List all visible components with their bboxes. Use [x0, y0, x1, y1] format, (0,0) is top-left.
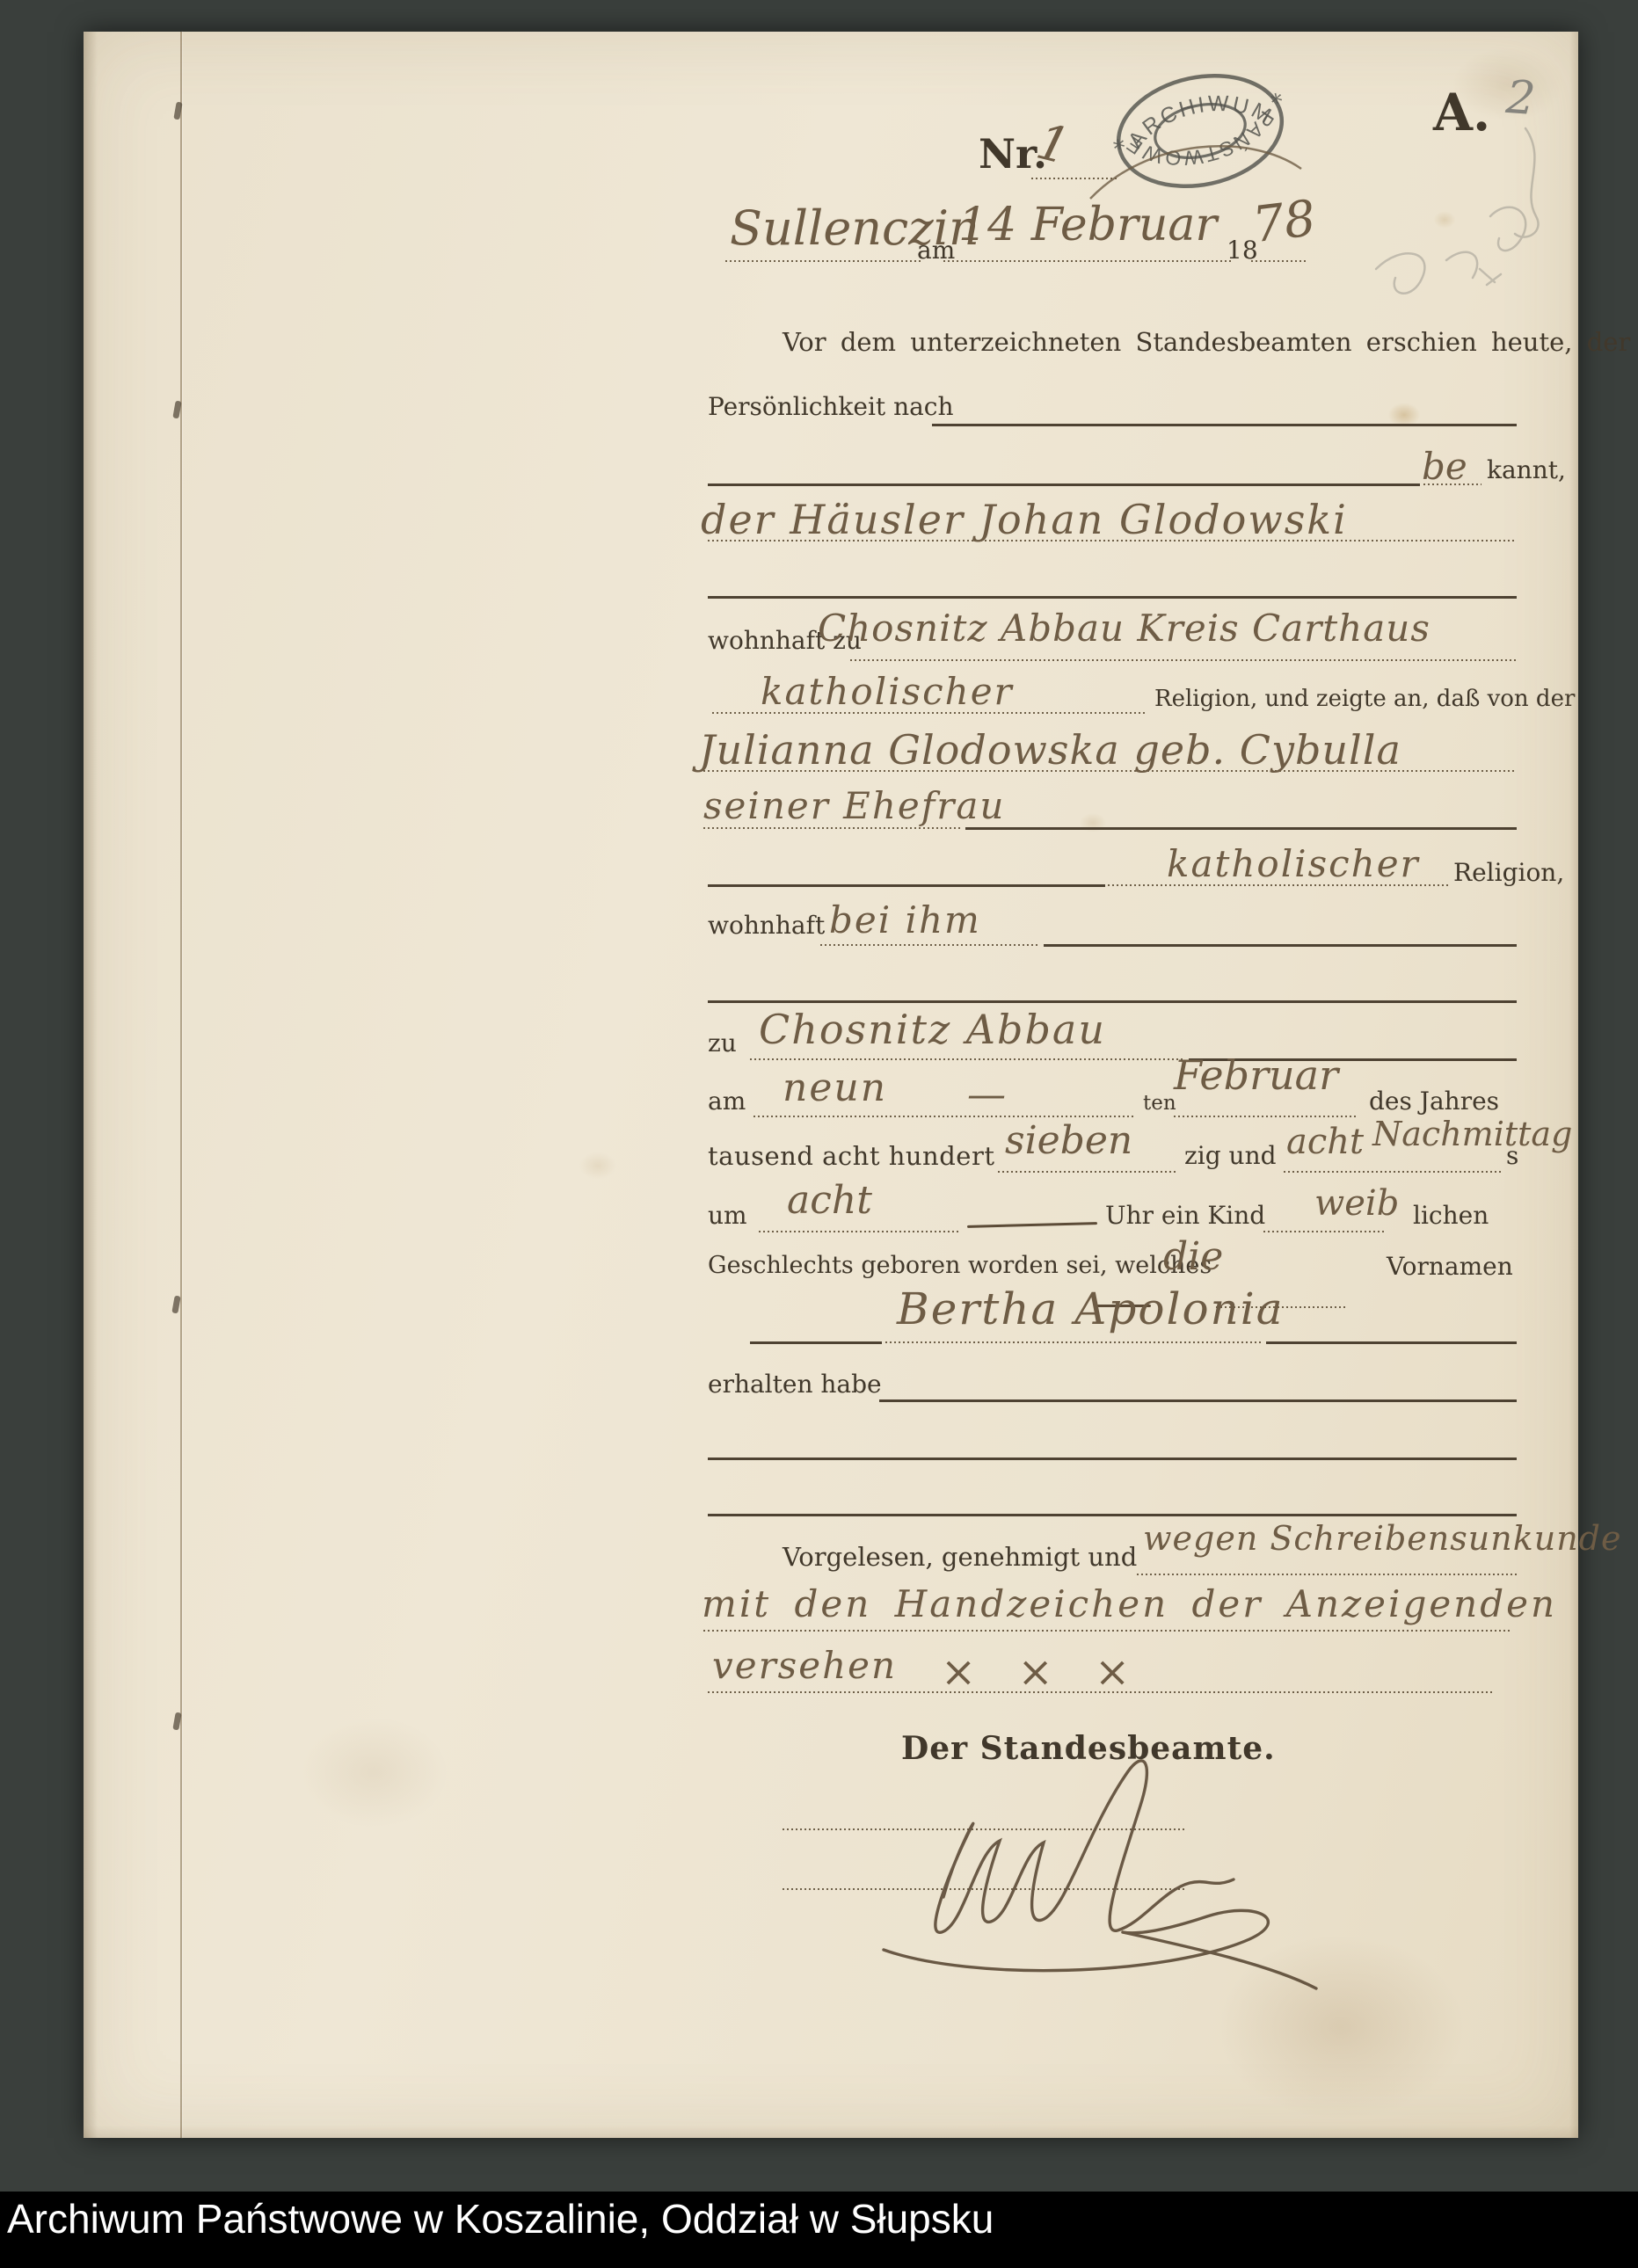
birthplace-entry: Chosnitz Abbau [759, 1006, 1106, 1053]
closing-print: Vorgelesen, genehmigt und [783, 1542, 1137, 1572]
residence2-label: wohnhaft [708, 911, 825, 940]
yeardigit-line-dots [1284, 1171, 1502, 1173]
residence-line [850, 659, 1517, 661]
relation-line-solid [965, 827, 1517, 830]
day-line-dots [753, 1116, 1136, 1117]
residence2-line-solid [1044, 944, 1517, 947]
mother-relation-entry: seiner Ehefrau [703, 784, 1005, 827]
childname-line-left [750, 1341, 882, 1344]
relation-line-dots [703, 827, 963, 829]
gender-suffix: lichen [1413, 1201, 1489, 1230]
residence2-entry: bei ihm [829, 898, 981, 941]
archive-footer-bar: Archiwum Państwowe w Koszalinie, Oddział… [0, 2192, 1638, 2268]
ten-suffix: ten [1143, 1092, 1176, 1115]
religion2-print: Religion, [1453, 858, 1564, 887]
closing-line-3 [708, 1691, 1495, 1693]
gender-entry: weib [1314, 1183, 1399, 1224]
known-hand: be [1422, 445, 1467, 488]
declarant-entry: der Häusler Johan Glodowski [701, 496, 1348, 543]
record-number-value: 1 [1031, 113, 1075, 177]
residence-entry: Chosnitz Abbau Kreis Carthaus [818, 607, 1431, 650]
closing-line-1 [1137, 1574, 1517, 1575]
month-line-dots [1174, 1116, 1358, 1117]
declarant-line [708, 540, 1517, 542]
religion1-print: Religion, und zeigte an, daß von der [1154, 686, 1575, 712]
religion1-entry: katholischer [761, 670, 1014, 713]
identity-label: Persönlichkeit nach [708, 392, 954, 421]
gender-line-dots [1263, 1231, 1387, 1232]
document-paper: Nr. 1 ARCHIWUM PAŃSTWOWE * * A. 2 [84, 32, 1578, 2138]
registrar-signature [831, 1746, 1358, 2018]
hour-line-dots [759, 1231, 961, 1232]
religion2-entry: katholischer [1167, 842, 1420, 885]
daytime-entry: Nachmittag [1372, 1115, 1572, 1153]
time-label: um [708, 1201, 747, 1230]
form-intro: Vor dem unterzeichneten Standesbeamten e… [783, 327, 1630, 357]
date-line [943, 260, 1234, 262]
closing-line-2 [703, 1630, 1512, 1632]
residence2-line-dots [820, 944, 1040, 946]
day-dash: — [967, 1072, 1006, 1117]
decade-line-dots [998, 1171, 1178, 1173]
received-line [879, 1399, 1517, 1402]
year-digit-entry: acht [1286, 1122, 1364, 1162]
year-label: des Jahres [1369, 1087, 1499, 1116]
birthplace-line-dots [750, 1058, 1185, 1060]
religion2-line-solid [708, 884, 1105, 887]
blank-line-1 [708, 596, 1517, 599]
zig-und-label: zig und [1184, 1141, 1277, 1170]
closing-hand-2: mit den Handzeichen der Anzeigenden [702, 1582, 1557, 1625]
closing-hand-1: wegen Schreibensunkunde [1143, 1519, 1622, 1558]
binding-crease [180, 32, 182, 2138]
child-name-entry: Bertha Apolonia [897, 1283, 1285, 1334]
blank-line-4 [708, 1514, 1517, 1516]
received-label: erhalten habe [708, 1370, 882, 1399]
hour-entry: acht [787, 1178, 872, 1223]
firstname-label: Vornamen [1387, 1252, 1513, 1281]
place-line [725, 260, 923, 262]
pen-flourish [1086, 144, 1314, 206]
article-entry: die [1163, 1234, 1223, 1279]
scanned-registry-page: Nr. 1 ARCHIWUM PAŃSTWOWE * * A. 2 [0, 0, 1638, 2268]
childname-line-right [1266, 1341, 1517, 1344]
known-print: kannt, [1487, 455, 1566, 484]
thousand-label: tausend acht hundert [708, 1141, 994, 1171]
clock-label: Uhr ein Kind [1105, 1201, 1265, 1230]
childname-line-dots [885, 1341, 1263, 1343]
mother-entry: Julianna Glodowska geb. Cybulla [699, 726, 1401, 774]
blank-line-2 [708, 1000, 1517, 1003]
archive-footer-text: Archiwum Państwowe w Koszalinie, Oddział… [7, 2195, 994, 2243]
year-line [1251, 260, 1306, 262]
pencil-scribble [1314, 111, 1631, 331]
known-line [708, 483, 1420, 486]
date-entry: 14 Februar [958, 199, 1217, 251]
decade-entry: sieben [1005, 1118, 1132, 1163]
blank-line-3 [708, 1457, 1517, 1460]
hand-stroke-line [967, 1222, 1097, 1228]
s-suffix: s [1506, 1141, 1518, 1170]
month-entry: Februar [1174, 1051, 1338, 1099]
birthplace-label: zu [708, 1029, 737, 1058]
sex-line-label: Geschlechts geboren worden sei, welches [708, 1252, 1212, 1279]
day-label: am [708, 1087, 746, 1116]
witness-crosses: × × × [941, 1647, 1144, 1697]
closing-hand-3: versehen [712, 1644, 897, 1687]
day-entry: neun [783, 1065, 887, 1110]
identity-line [932, 424, 1517, 426]
